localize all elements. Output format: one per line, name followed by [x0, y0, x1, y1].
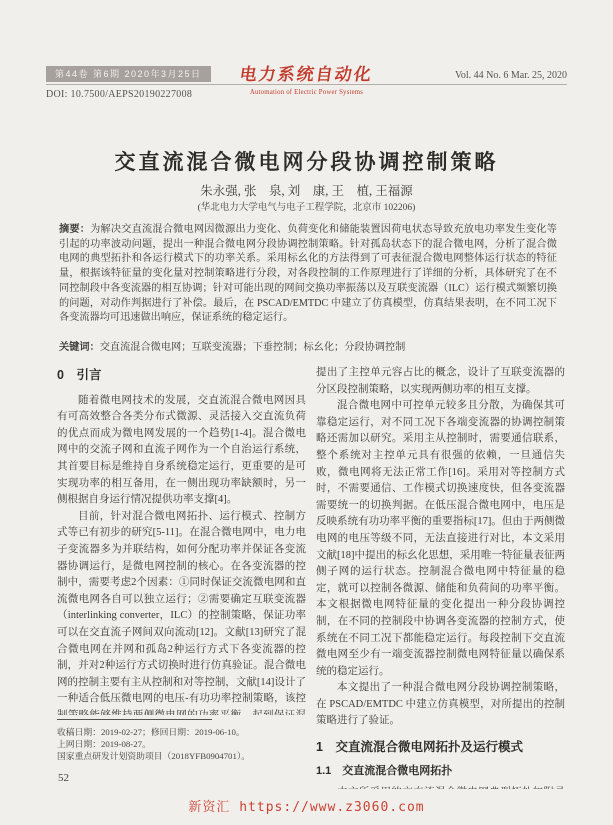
paragraph: 随着微电网技术的发展，交直流混合微电网因具有可高效整合各类分布式微源、灵活接入交…: [57, 393, 306, 509]
affiliation: (华北电力大学电气与电子工程学院，北京市 102206): [0, 199, 613, 213]
section-0-heading: 0 引言: [57, 367, 306, 384]
section-1-1-heading: 1.1 交直流混合微电网拓扑: [316, 763, 565, 780]
volume-info: Vol. 44 No. 6 Mar. 25, 2020: [455, 70, 567, 81]
section-1-heading: 1 交直流混合微电网拓扑及运行模式: [316, 739, 565, 756]
paragraph: 本文提出了一种混合微电网分段协调控制策略，在 PSCAD/EMTDC 中建立仿真…: [316, 680, 565, 730]
watermark: 新资汇 https://www.z3060.com: [0, 796, 613, 815]
abstract-text: 为解决交直流混合微电网因微源出力变化、负荷变化和储能装置因荷电状态导致充放电功率…: [59, 224, 557, 323]
keywords-label: 关键词：: [59, 342, 100, 353]
paragraph: 本文所采用的交直流混合微电网典型拓扑如附录A图A1所示。交流子网中包含风电机组、…: [316, 785, 565, 789]
paper-page: 第44卷 第6期 2020年3月25日 DOI: 10.7500/AEPS201…: [0, 0, 613, 825]
footnote-line: 收稿日期：2019-02-27；修回日期：2019-06-10。: [57, 726, 306, 738]
footnote-line: 上网日期：2019-08-27。: [57, 738, 306, 750]
paragraph: 提出了主控单元容占比的概念，设计了互联变流器的分区段控制策略，以实现两侧功率的相…: [316, 365, 565, 398]
footnote-rule: [57, 719, 212, 720]
page-number: 52: [58, 772, 69, 784]
journal-name-en: Automation of Electric Power Systems: [0, 89, 613, 96]
author-list: 朱永强, 张 泉, 刘 康, 王 植, 王福源: [0, 181, 613, 199]
article-title: 交直流混合微电网分段协调控制策略: [0, 146, 613, 176]
paragraph: 目前，针对混合微电网拓扑、运行模式、控制方式等已有初步的研究[5-11]。在混合…: [57, 509, 306, 715]
paragraph: 混合微电网中可控单元较多且分散，为确保其可靠稳定运行，对不同工况下各端变流器的协…: [316, 398, 565, 680]
footnote-block: 收稿日期：2019-02-27；修回日期：2019-06-10。 上网日期：20…: [57, 719, 306, 763]
right-column: 提出了主控单元容占比的概念，设计了互联变流器的分区段控制策略，以实现两侧功率的相…: [316, 365, 565, 789]
keywords-text: 交直流混合微电网；互联变流器；下垂控制；标幺化；分段协调控制: [100, 342, 406, 353]
left-column: 0 引言 随着微电网技术的发展，交直流混合微电网因具有可高效整合各类分布式微源、…: [57, 365, 306, 715]
abstract-label: 摘要：: [59, 224, 90, 235]
keywords: 关键词：交直流混合微电网；互联变流器；下垂控制；标幺化；分段协调控制: [59, 341, 557, 356]
abstract: 摘要：为解决交直流混合微电网因微源出力变化、负荷变化和储能装置因荷电状态导致充放…: [59, 223, 557, 326]
footnote-line: 国家重点研发计划资助项目（2018YFB0904701）。: [57, 750, 306, 762]
